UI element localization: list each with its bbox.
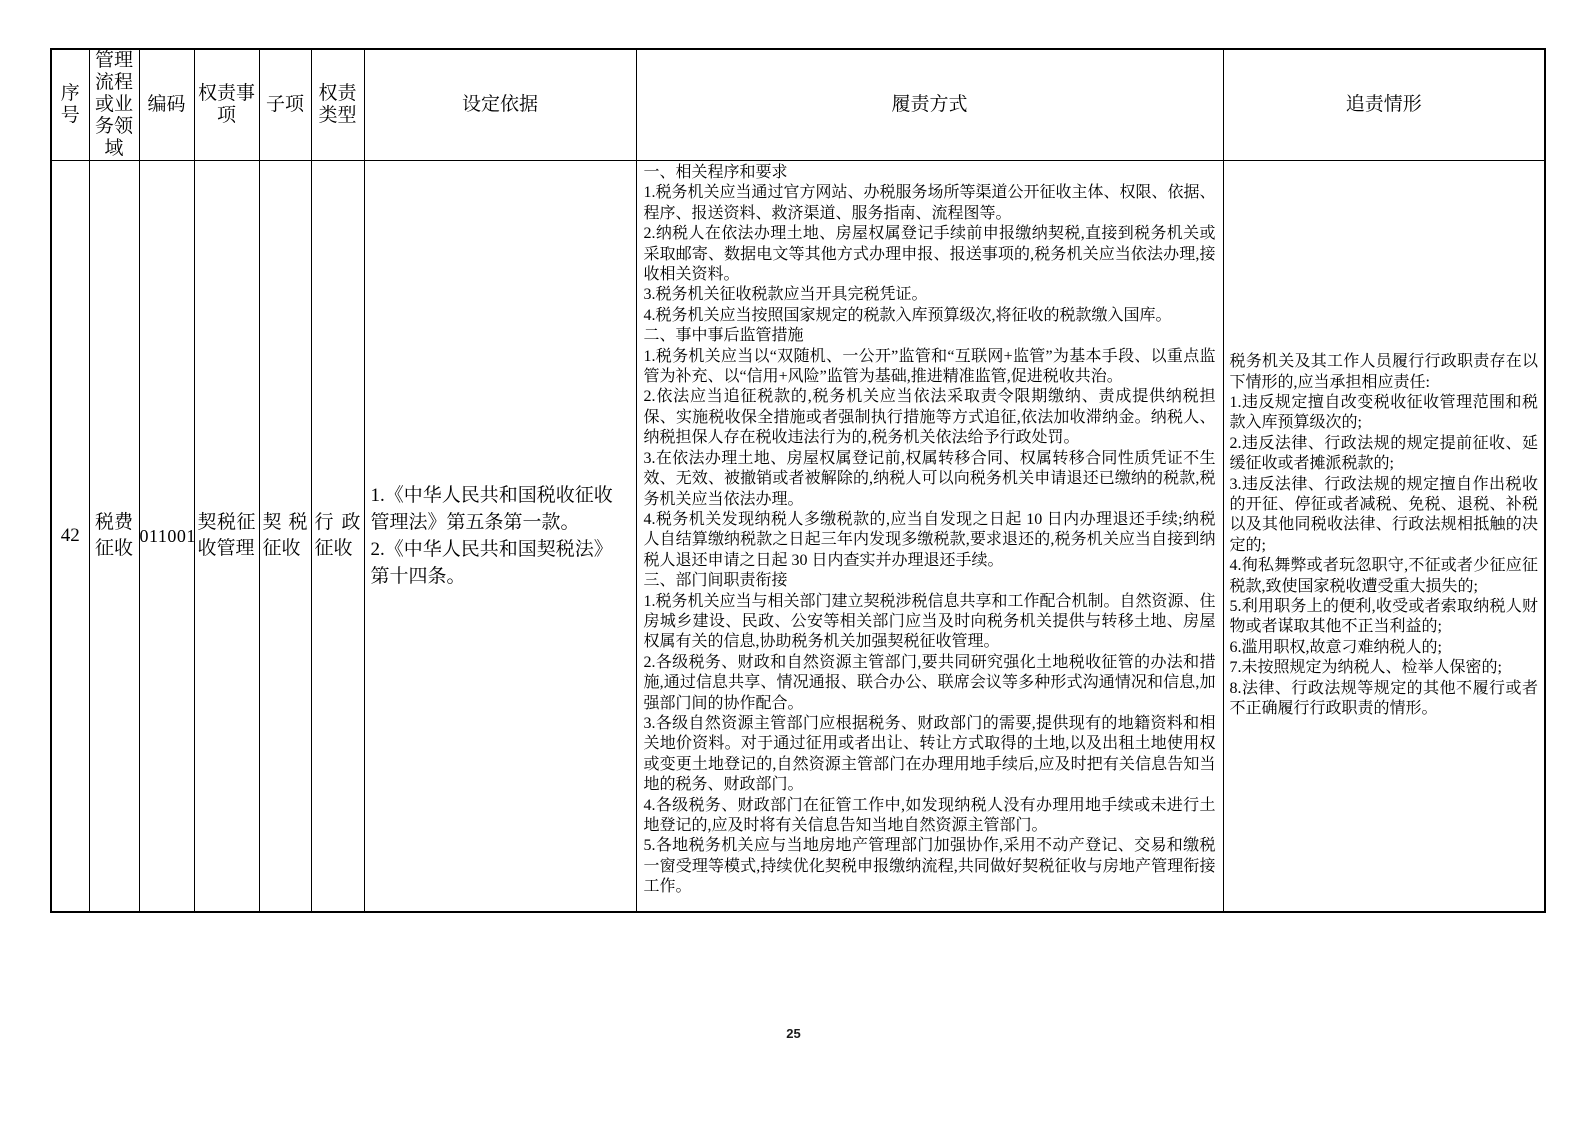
duty-paragraph: 2.纳税人在依法办理土地、房屋权属登记手续前申报缴纳契税,直接到税务机关或采取邮… bbox=[644, 224, 1216, 285]
duty-paragraph: 2.依法应当追征税款的,税务机关应当依法采取责令限期缴纳、责成提供纳税担保、实施… bbox=[644, 387, 1216, 448]
header-row: 序号 管理流程或业务领域 编码 权责事项 子项 权责类型 设定依据 履责方式 追… bbox=[51, 49, 1545, 161]
col-header-subitem: 子项 bbox=[259, 49, 311, 161]
duty-paragraph: 4.税务机关发现纳税人多缴税款的,应当自发现之日起 10 日内办理退还手续;纳税… bbox=[644, 510, 1216, 571]
accountability-paragraph: 4.徇私舞弊或者玩忽职守,不征或者少征应征税款,致使国家税收遭受重大损失的; bbox=[1230, 556, 1539, 597]
document-page: 序号 管理流程或业务领域 编码 权责事项 子项 权责类型 设定依据 履责方式 追… bbox=[0, 0, 1587, 1122]
duty-paragraph: 3.税务机关征收税款应当开具完税凭证。 bbox=[644, 285, 1216, 305]
accountability-paragraph: 5.利用职务上的便利,收受或者索取纳税人财物或者谋取其他不正当利益的; bbox=[1230, 597, 1539, 638]
cell-seq: 42 bbox=[51, 161, 89, 912]
col-header-duty: 履责方式 bbox=[636, 49, 1223, 161]
table-row: 42 税费征收 011001 契税征收管理 契税征收 行政征收 1.《中华人民共… bbox=[51, 161, 1545, 912]
duty-paragraph: 2.各级税务、财政和自然资源主管部门,要共同研究强化土地税收征管的办法和措施,通… bbox=[644, 653, 1216, 714]
duty-paragraph: 1.税务机关应当与相关部门建立契税涉税信息共享和工作配合机制。自然资源、住房城乡… bbox=[644, 592, 1216, 653]
duty-list: 一、相关程序和要求1.税务机关应当通过官方网站、办税服务场所等渠道公开征收主体、… bbox=[644, 163, 1216, 898]
cell-accountability: 税务机关及其工作人员履行行政职责存在以下情形的,应当承担相应责任:1.违反规定擅… bbox=[1223, 161, 1545, 912]
responsibility-table: 序号 管理流程或业务领域 编码 权责事项 子项 权责类型 设定依据 履责方式 追… bbox=[50, 48, 1546, 913]
accountability-list: 税务机关及其工作人员履行行政职责存在以下情形的,应当承担相应责任:1.违反规定擅… bbox=[1230, 352, 1539, 719]
col-header-domain: 管理流程或业务领域 bbox=[89, 49, 139, 161]
accountability-paragraph: 2.违反法律、行政法规的规定提前征收、延缓征收或者摊派税款的; bbox=[1230, 434, 1539, 475]
cell-type: 行政征收 bbox=[311, 161, 364, 912]
duty-paragraph: 二、事中事后监管措施 bbox=[644, 326, 1216, 346]
accountability-paragraph: 1.违反规定擅自改变税收征收管理范围和税款入库预算级次的; bbox=[1230, 393, 1539, 434]
accountability-paragraph: 8.法律、行政法规等规定的其他不履行或者不正确履行行政职责的情形。 bbox=[1230, 679, 1539, 720]
col-header-seq: 序号 bbox=[51, 49, 89, 161]
cell-basis: 1.《中华人民共和国税收征收管理法》第五条第一款。2.《中华人民共和国契税法》第… bbox=[364, 161, 636, 912]
page-number: 25 bbox=[0, 1026, 1587, 1041]
accountability-paragraph: 税务机关及其工作人员履行行政职责存在以下情形的,应当承担相应责任: bbox=[1230, 352, 1539, 393]
basis-item: 2.《中华人民共和国契税法》第十四条。 bbox=[371, 536, 630, 590]
duty-paragraph: 5.各地税务机关应与当地房地产管理部门加强协作,采用不动产登记、交易和缴税一窗受… bbox=[644, 836, 1216, 897]
duty-paragraph: 三、部门间职责衔接 bbox=[644, 571, 1216, 591]
basis-list: 1.《中华人民共和国税收征收管理法》第五条第一款。2.《中华人民共和国契税法》第… bbox=[371, 482, 630, 590]
cell-code: 011001 bbox=[139, 161, 194, 912]
col-header-matter: 权责事项 bbox=[194, 49, 259, 161]
col-header-code: 编码 bbox=[139, 49, 194, 161]
accountability-paragraph: 7.未按照规定为纳税人、检举人保密的; bbox=[1230, 658, 1539, 678]
duty-paragraph: 一、相关程序和要求 bbox=[644, 163, 1216, 183]
duty-paragraph: 4.各级税务、财政部门在征管工作中,如发现纳税人没有办理用地手续或未进行土地登记… bbox=[644, 796, 1216, 837]
col-header-type: 权责类型 bbox=[311, 49, 364, 161]
cell-domain: 税费征收 bbox=[89, 161, 139, 912]
duty-paragraph: 1.税务机关应当通过官方网站、办税服务场所等渠道公开征收主体、权限、依据、程序、… bbox=[644, 183, 1216, 224]
cell-matter: 契税征收管理 bbox=[194, 161, 259, 912]
accountability-paragraph: 6.滥用职权,故意刁难纳税人的; bbox=[1230, 638, 1539, 658]
accountability-paragraph: 3.违反法律、行政法规的规定擅自作出税收的开征、停征或者减税、免税、退税、补税以… bbox=[1230, 475, 1539, 557]
cell-subitem: 契税征收 bbox=[259, 161, 311, 912]
col-header-basis: 设定依据 bbox=[364, 49, 636, 161]
duty-paragraph: 3.在依法办理土地、房屋权属登记前,权属转移合同、权属转移合同性质凭证不生效、无… bbox=[644, 449, 1216, 510]
duty-paragraph: 1.税务机关应当以“双随机、一公开”监管和“互联网+监管”为基本手段、以重点监管… bbox=[644, 347, 1216, 388]
basis-item: 1.《中华人民共和国税收征收管理法》第五条第一款。 bbox=[371, 482, 630, 536]
duty-paragraph: 3.各级自然资源主管部门应根据税务、财政部门的需要,提供现有的地籍资料和相关地价… bbox=[644, 714, 1216, 796]
col-header-accountability: 追责情形 bbox=[1223, 49, 1545, 161]
duty-paragraph: 4.税务机关应当按照国家规定的税款入库预算级次,将征收的税款缴入国库。 bbox=[644, 306, 1216, 326]
cell-duty: 一、相关程序和要求1.税务机关应当通过官方网站、办税服务场所等渠道公开征收主体、… bbox=[636, 161, 1223, 912]
